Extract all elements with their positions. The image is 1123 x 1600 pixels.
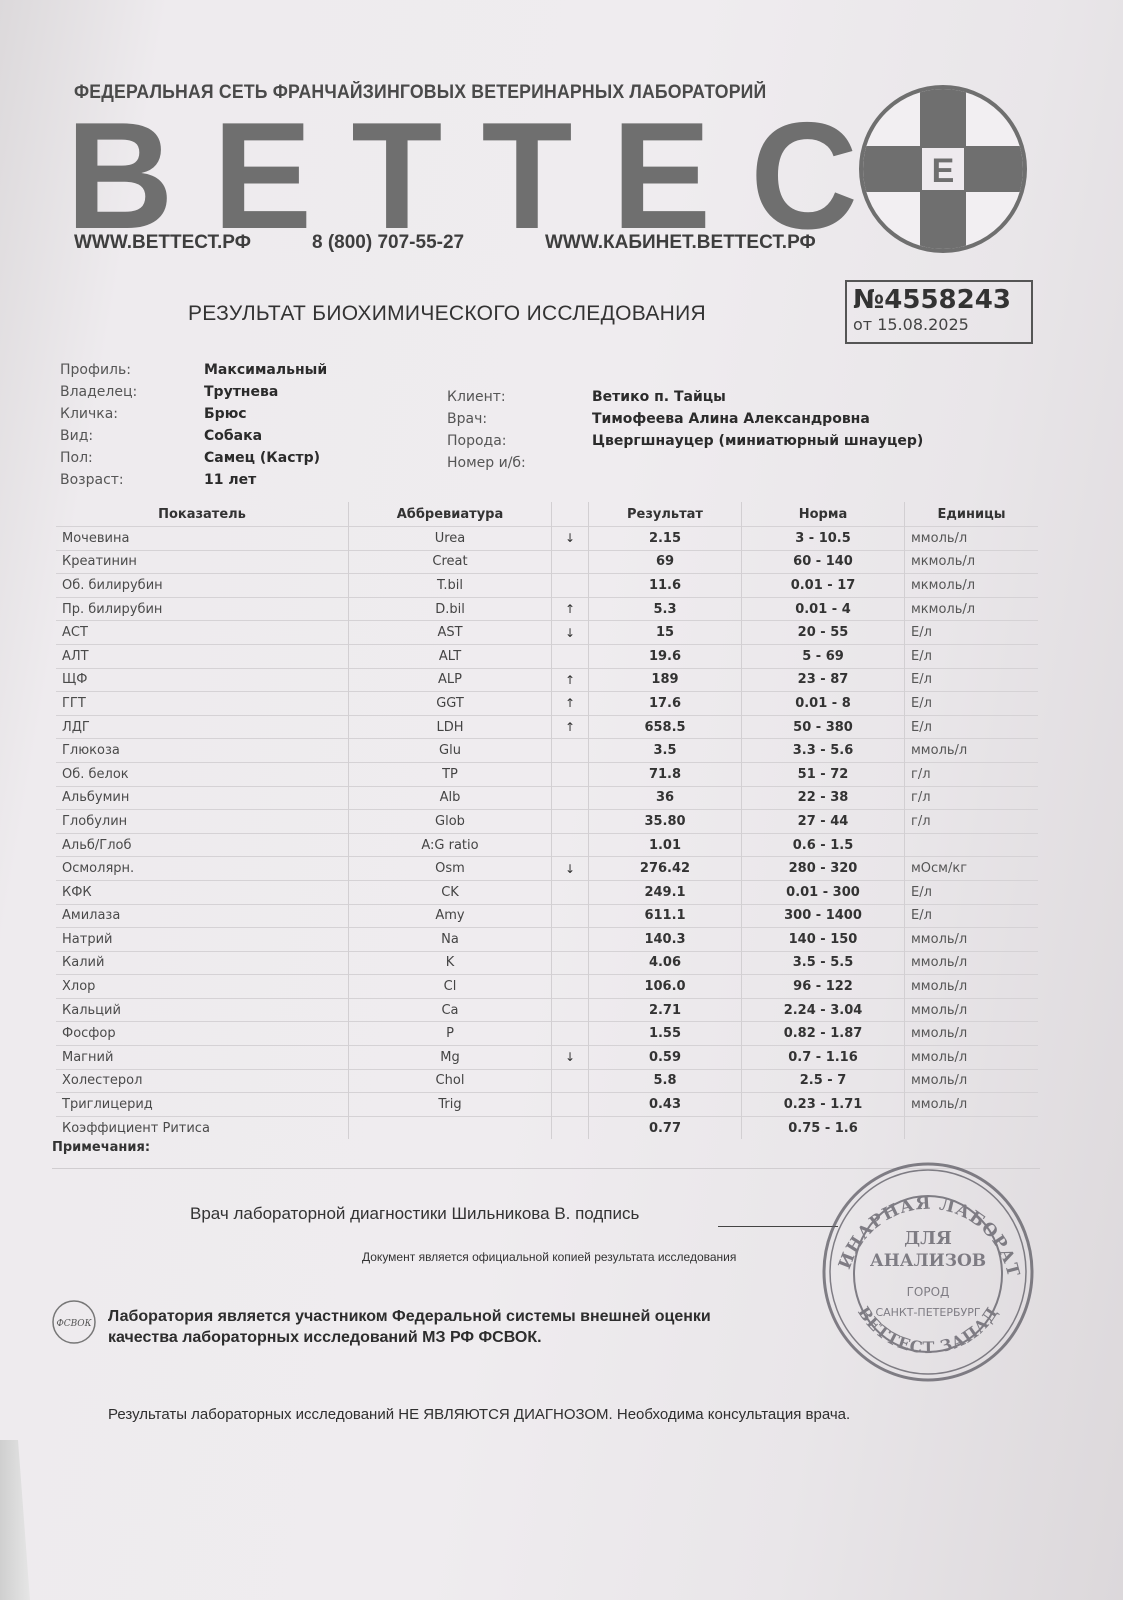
indicator-abbreviation: Osm: [349, 857, 552, 881]
indicator-name: Глобулин: [56, 810, 349, 834]
indicator-name: Коэффициент Ритиса: [56, 1116, 349, 1139]
deviation-arrow-icon: ↑: [552, 597, 589, 621]
unit: Е/л: [905, 715, 1039, 739]
patient-info-left-labels: Профиль: Владелец: Кличка: Вид: Пол: Воз…: [60, 359, 137, 491]
website-link: WWW.ВЕТТЕСТ.РФ: [74, 232, 251, 254]
header-unit: Единицы: [905, 502, 1039, 527]
table-row: МочевинаUrea↓2.153 - 10.5ммоль/л: [56, 527, 1038, 551]
indicator-name: Мочевина: [56, 527, 349, 551]
table-row: Пр. билирубинD.bil↑5.30.01 - 4мкмоль/л: [56, 597, 1038, 621]
indicator-name: Натрий: [56, 928, 349, 952]
phone-number: 8 (800) 707-55-27: [312, 232, 464, 254]
result-value: 5.8: [589, 1069, 742, 1093]
indicator-abbreviation: Alb: [349, 786, 552, 810]
result-value: 15: [589, 621, 742, 645]
table-row: ФосфорP1.550.82 - 1.87ммоль/л: [56, 1022, 1038, 1046]
reference-range: 0.01 - 300: [742, 880, 905, 904]
reference-range: 300 - 1400: [742, 904, 905, 928]
cabinet-link: WWW.КАБИНЕТ.ВЕТТЕСТ.РФ: [545, 232, 816, 254]
deviation-arrow-icon: [552, 1069, 589, 1093]
results-table-body: МочевинаUrea↓2.153 - 10.5ммоль/лКреатини…: [56, 527, 1038, 1140]
indicator-name: Альбумин: [56, 786, 349, 810]
unit: г/л: [905, 810, 1039, 834]
label-owner: Владелец:: [60, 381, 137, 403]
unit: ммоль/л: [905, 1046, 1039, 1070]
paper-edge: [0, 1440, 30, 1600]
deviation-arrow-icon: ↓: [552, 1046, 589, 1070]
deviation-arrow-icon: ↑: [552, 668, 589, 692]
result-value: 69: [589, 550, 742, 574]
table-row: НатрийNa140.3140 - 150ммоль/л: [56, 928, 1038, 952]
indicator-abbreviation: K: [349, 951, 552, 975]
fsvok-text-line-1: Лаборатория является участником Федераль…: [108, 1306, 711, 1327]
header-norm: Норма: [742, 502, 905, 527]
indicator-abbreviation: Glob: [349, 810, 552, 834]
table-row: Об. билирубинT.bil11.60.01 - 17мкмоль/л: [56, 574, 1038, 598]
indicator-name: Пр. билирубин: [56, 597, 349, 621]
deviation-arrow-icon: [552, 574, 589, 598]
deviation-arrow-icon: [552, 975, 589, 999]
table-row: КФКCK249.10.01 - 300Е/л: [56, 880, 1038, 904]
result-value: 36: [589, 786, 742, 810]
veterinary-cross-logo-icon: E: [858, 84, 1028, 254]
reference-range: 23 - 87: [742, 668, 905, 692]
result-value: 1.01: [589, 833, 742, 857]
header-result: Результат: [589, 502, 742, 527]
reference-range: 0.01 - 17: [742, 574, 905, 598]
result-value: 11.6: [589, 574, 742, 598]
svg-text:САНКТ-ПЕТЕРБУРГ: САНКТ-ПЕТЕРБУРГ: [875, 1306, 980, 1319]
result-value: 3.5: [589, 739, 742, 763]
indicator-name: Кальций: [56, 998, 349, 1022]
indicator-name: Фосфор: [56, 1022, 349, 1046]
indicator-abbreviation: ALT: [349, 644, 552, 668]
header-abbr: Аббревиатура: [349, 502, 552, 527]
result-value: 19.6: [589, 644, 742, 668]
label-record-number: Номер и/б:: [447, 452, 526, 474]
label-species: Вид:: [60, 425, 137, 447]
value-age: 11 лет: [204, 469, 327, 491]
deviation-arrow-icon: ↓: [552, 621, 589, 645]
indicator-abbreviation: TP: [349, 762, 552, 786]
value-species: Собака: [204, 425, 327, 447]
indicator-name: Триглицерид: [56, 1093, 349, 1117]
indicator-abbreviation: Creat: [349, 550, 552, 574]
unit: Е/л: [905, 880, 1039, 904]
official-copy-note: Документ является официальной копией рез…: [362, 1250, 736, 1264]
reference-range: 3.5 - 5.5: [742, 951, 905, 975]
result-value: 189: [589, 668, 742, 692]
value-doctor: Тимофеева Алина Александровна: [592, 408, 923, 430]
reference-range: 2.24 - 3.04: [742, 998, 905, 1022]
unit: г/л: [905, 786, 1039, 810]
label-client: Клиент:: [447, 386, 526, 408]
value-breed: Цвергшнауцер (миниатюрный шнауцер): [592, 430, 923, 452]
label-nickname: Кличка:: [60, 403, 137, 425]
deviation-arrow-icon: [552, 833, 589, 857]
notes-label: Примечания:: [52, 1140, 150, 1155]
unit: ммоль/л: [905, 1093, 1039, 1117]
indicator-abbreviation: Ca: [349, 998, 552, 1022]
document-title: РЕЗУЛЬТАТ БИОХИМИЧЕСКОГО ИССЛЕДОВАНИЯ: [188, 302, 706, 326]
deviation-arrow-icon: [552, 880, 589, 904]
unit: Е/л: [905, 644, 1039, 668]
indicator-abbreviation: Na: [349, 928, 552, 952]
fsvok-participation-text: Лаборатория является участником Федераль…: [108, 1306, 711, 1348]
reference-range: 51 - 72: [742, 762, 905, 786]
deviation-arrow-icon: [552, 810, 589, 834]
indicator-name: ГГТ: [56, 692, 349, 716]
indicator-abbreviation: ALP: [349, 668, 552, 692]
deviation-arrow-icon: ↓: [552, 527, 589, 551]
deviation-arrow-icon: [552, 951, 589, 975]
table-row: Коэффициент Ритиса0.770.75 - 1.6: [56, 1116, 1038, 1139]
indicator-name: ЛДГ: [56, 715, 349, 739]
unit: Е/л: [905, 621, 1039, 645]
table-header-row: Показатель Аббревиатура Результат Норма …: [56, 502, 1038, 527]
reference-range: 0.01 - 8: [742, 692, 905, 716]
result-value: 0.59: [589, 1046, 742, 1070]
header-flag: [552, 502, 589, 527]
reference-range: 0.6 - 1.5: [742, 833, 905, 857]
unit: ммоль/л: [905, 975, 1039, 999]
value-profile: Максимальный: [204, 359, 327, 381]
result-value: 276.42: [589, 857, 742, 881]
indicator-name: Креатинин: [56, 550, 349, 574]
indicator-abbreviation: Glu: [349, 739, 552, 763]
reference-range: 2.5 - 7: [742, 1069, 905, 1093]
lab-doctor-signature: Врач лабораторной диагностики Шильникова…: [190, 1204, 639, 1224]
svg-text:E: E: [932, 152, 955, 190]
unit: ммоль/л: [905, 928, 1039, 952]
indicator-abbreviation: A:G ratio: [349, 833, 552, 857]
value-record-number: [592, 452, 923, 474]
indicator-abbreviation: Mg: [349, 1046, 552, 1070]
deviation-arrow-icon: [552, 904, 589, 928]
reference-range: 20 - 55: [742, 621, 905, 645]
header-name: Показатель: [56, 502, 349, 527]
table-row: КальцийCa2.712.24 - 3.04ммоль/л: [56, 998, 1038, 1022]
unit: ммоль/л: [905, 1069, 1039, 1093]
reference-range: 140 - 150: [742, 928, 905, 952]
result-value: 2.71: [589, 998, 742, 1022]
indicator-abbreviation: Trig: [349, 1093, 552, 1117]
reference-range: 60 - 140: [742, 550, 905, 574]
indicator-name: Амилаза: [56, 904, 349, 928]
label-age: Возраст:: [60, 469, 137, 491]
result-value: 249.1: [589, 880, 742, 904]
unit: г/л: [905, 762, 1039, 786]
indicator-name: Глюкоза: [56, 739, 349, 763]
indicator-abbreviation: Chol: [349, 1069, 552, 1093]
indicator-name: АЛТ: [56, 644, 349, 668]
table-row: ГлюкозаGlu3.53.3 - 5.6ммоль/л: [56, 739, 1038, 763]
indicator-abbreviation: Urea: [349, 527, 552, 551]
unit: Е/л: [905, 904, 1039, 928]
reference-range: 0.75 - 1.6: [742, 1116, 905, 1139]
reference-range: 22 - 38: [742, 786, 905, 810]
indicator-name: Холестерол: [56, 1069, 349, 1093]
reference-range: 0.01 - 4: [742, 597, 905, 621]
reference-range: 50 - 380: [742, 715, 905, 739]
fsvok-text-line-2: качества лабораторных исследований МЗ РФ…: [108, 1327, 711, 1348]
indicator-abbreviation: GGT: [349, 692, 552, 716]
table-row: АСТAST↓1520 - 55Е/л: [56, 621, 1038, 645]
reference-range: 0.82 - 1.87: [742, 1022, 905, 1046]
result-value: 106.0: [589, 975, 742, 999]
reference-range: 27 - 44: [742, 810, 905, 834]
table-row: ТриглицеридTrig0.430.23 - 1.71ммоль/л: [56, 1093, 1038, 1117]
unit: мкмоль/л: [905, 597, 1039, 621]
reference-range: 5 - 69: [742, 644, 905, 668]
document-number-box: №4558243 от 15.08.2025: [845, 280, 1033, 344]
indicator-name: ЩФ: [56, 668, 349, 692]
patient-info-right-values: Ветико п. Тайцы Тимофеева Алина Александ…: [592, 386, 923, 474]
results-table: Показатель Аббревиатура Результат Норма …: [56, 502, 1038, 1139]
indicator-name: Об. билирубин: [56, 574, 349, 598]
unit: мкмоль/л: [905, 550, 1039, 574]
result-value: 658.5: [589, 715, 742, 739]
indicator-name: Осмолярн.: [56, 857, 349, 881]
result-value: 611.1: [589, 904, 742, 928]
result-value: 0.43: [589, 1093, 742, 1117]
deviation-arrow-icon: [552, 1093, 589, 1117]
indicator-abbreviation: Amy: [349, 904, 552, 928]
svg-text:ДЛЯ: ДЛЯ: [904, 1228, 952, 1249]
indicator-name: Хлор: [56, 975, 349, 999]
label-breed: Порода:: [447, 430, 526, 452]
indicator-name: Магний: [56, 1046, 349, 1070]
patient-info-left-values: Максимальный Трутнева Брюс Собака Самец …: [204, 359, 327, 491]
table-row: ЩФALP↑18923 - 87Е/л: [56, 668, 1038, 692]
result-value: 4.06: [589, 951, 742, 975]
label-sex: Пол:: [60, 447, 137, 469]
reference-range: 0.23 - 1.71: [742, 1093, 905, 1117]
deviation-arrow-icon: ↑: [552, 692, 589, 716]
result-value: 71.8: [589, 762, 742, 786]
result-value: 2.15: [589, 527, 742, 551]
deviation-arrow-icon: [552, 1116, 589, 1139]
indicator-name: КФК: [56, 880, 349, 904]
svg-text:ФСВОК: ФСВОК: [56, 1319, 92, 1329]
value-sex: Самец (Кастр): [204, 447, 327, 469]
value-owner: Трутнева: [204, 381, 327, 403]
document-date: от 15.08.2025: [853, 315, 1025, 335]
deviation-arrow-icon: [552, 550, 589, 574]
unit: мОсм/кг: [905, 857, 1039, 881]
table-row: Об. белокTP71.851 - 72г/л: [56, 762, 1038, 786]
deviation-arrow-icon: [552, 928, 589, 952]
table-row: ХлорCl106.096 - 122ммоль/л: [56, 975, 1038, 999]
deviation-arrow-icon: [552, 1022, 589, 1046]
result-value: 0.77: [589, 1116, 742, 1139]
result-value: 1.55: [589, 1022, 742, 1046]
deviation-arrow-icon: [552, 644, 589, 668]
unit: [905, 833, 1039, 857]
deviation-arrow-icon: ↑: [552, 715, 589, 739]
fsvok-logo-icon: ФСВОК: [50, 1298, 98, 1346]
diagnosis-disclaimer: Результаты лабораторных исследований НЕ …: [108, 1406, 850, 1423]
svg-text:ГОРОД: ГОРОД: [907, 1285, 950, 1299]
table-row: ХолестеролChol5.82.5 - 7ммоль/л: [56, 1069, 1038, 1093]
deviation-arrow-icon: ↓: [552, 857, 589, 881]
indicator-abbreviation: P: [349, 1022, 552, 1046]
indicator-abbreviation: AST: [349, 621, 552, 645]
unit: [905, 1116, 1039, 1139]
laboratory-stamp-icon: ВЕТЕРИНАРНАЯ ЛАБОРАТОРИЯ «ВЕТТЕСТ ЗАПАД»…: [818, 1158, 1038, 1386]
table-row: АмилазаAmy611.1300 - 1400Е/л: [56, 904, 1038, 928]
reference-range: 96 - 122: [742, 975, 905, 999]
value-nickname: Брюс: [204, 403, 327, 425]
table-row: АльбуминAlb3622 - 38г/л: [56, 786, 1038, 810]
table-row: АЛТALT19.65 - 69Е/л: [56, 644, 1038, 668]
result-value: 17.6: [589, 692, 742, 716]
svg-text:АНАЛИЗОВ: АНАЛИЗОВ: [870, 1251, 986, 1271]
deviation-arrow-icon: [552, 998, 589, 1022]
patient-info-right-labels: Клиент: Врач: Порода: Номер и/б:: [447, 386, 526, 474]
result-value: 5.3: [589, 597, 742, 621]
table-row: КреатининCreat6960 - 140мкмоль/л: [56, 550, 1038, 574]
deviation-arrow-icon: [552, 739, 589, 763]
table-row: МагнийMg↓0.590.7 - 1.16ммоль/л: [56, 1046, 1038, 1070]
indicator-abbreviation: Cl: [349, 975, 552, 999]
reference-range: 280 - 320: [742, 857, 905, 881]
value-client: Ветико п. Тайцы: [592, 386, 923, 408]
table-row: КалийK4.063.5 - 5.5ммоль/л: [56, 951, 1038, 975]
indicator-abbreviation: D.bil: [349, 597, 552, 621]
unit: ммоль/л: [905, 739, 1039, 763]
unit: Е/л: [905, 668, 1039, 692]
indicator-abbreviation: T.bil: [349, 574, 552, 598]
indicator-name: АСТ: [56, 621, 349, 645]
indicator-name: Об. белок: [56, 762, 349, 786]
unit: ммоль/л: [905, 1022, 1039, 1046]
deviation-arrow-icon: [552, 786, 589, 810]
table-row: Альб/ГлобA:G ratio1.010.6 - 1.5: [56, 833, 1038, 857]
reference-range: 0.7 - 1.16: [742, 1046, 905, 1070]
reference-range: 3 - 10.5: [742, 527, 905, 551]
document-number: №4558243: [853, 285, 1025, 315]
label-profile: Профиль:: [60, 359, 137, 381]
unit: ммоль/л: [905, 951, 1039, 975]
deviation-arrow-icon: [552, 762, 589, 786]
label-doctor: Врач:: [447, 408, 526, 430]
result-value: 140.3: [589, 928, 742, 952]
unit: Е/л: [905, 692, 1039, 716]
unit: ммоль/л: [905, 998, 1039, 1022]
table-row: ГлобулинGlob35.8027 - 44г/л: [56, 810, 1038, 834]
indicator-name: Калий: [56, 951, 349, 975]
table-row: ГГТGGT↑17.60.01 - 8Е/л: [56, 692, 1038, 716]
indicator-abbreviation: [349, 1116, 552, 1139]
indicator-name: Альб/Глоб: [56, 833, 349, 857]
reference-range: 3.3 - 5.6: [742, 739, 905, 763]
indicator-abbreviation: CK: [349, 880, 552, 904]
table-row: Осмолярн.Osm↓276.42280 - 320мОсм/кг: [56, 857, 1038, 881]
table-row: ЛДГLDH↑658.550 - 380Е/л: [56, 715, 1038, 739]
result-value: 35.80: [589, 810, 742, 834]
unit: ммоль/л: [905, 527, 1039, 551]
indicator-abbreviation: LDH: [349, 715, 552, 739]
unit: мкмоль/л: [905, 574, 1039, 598]
